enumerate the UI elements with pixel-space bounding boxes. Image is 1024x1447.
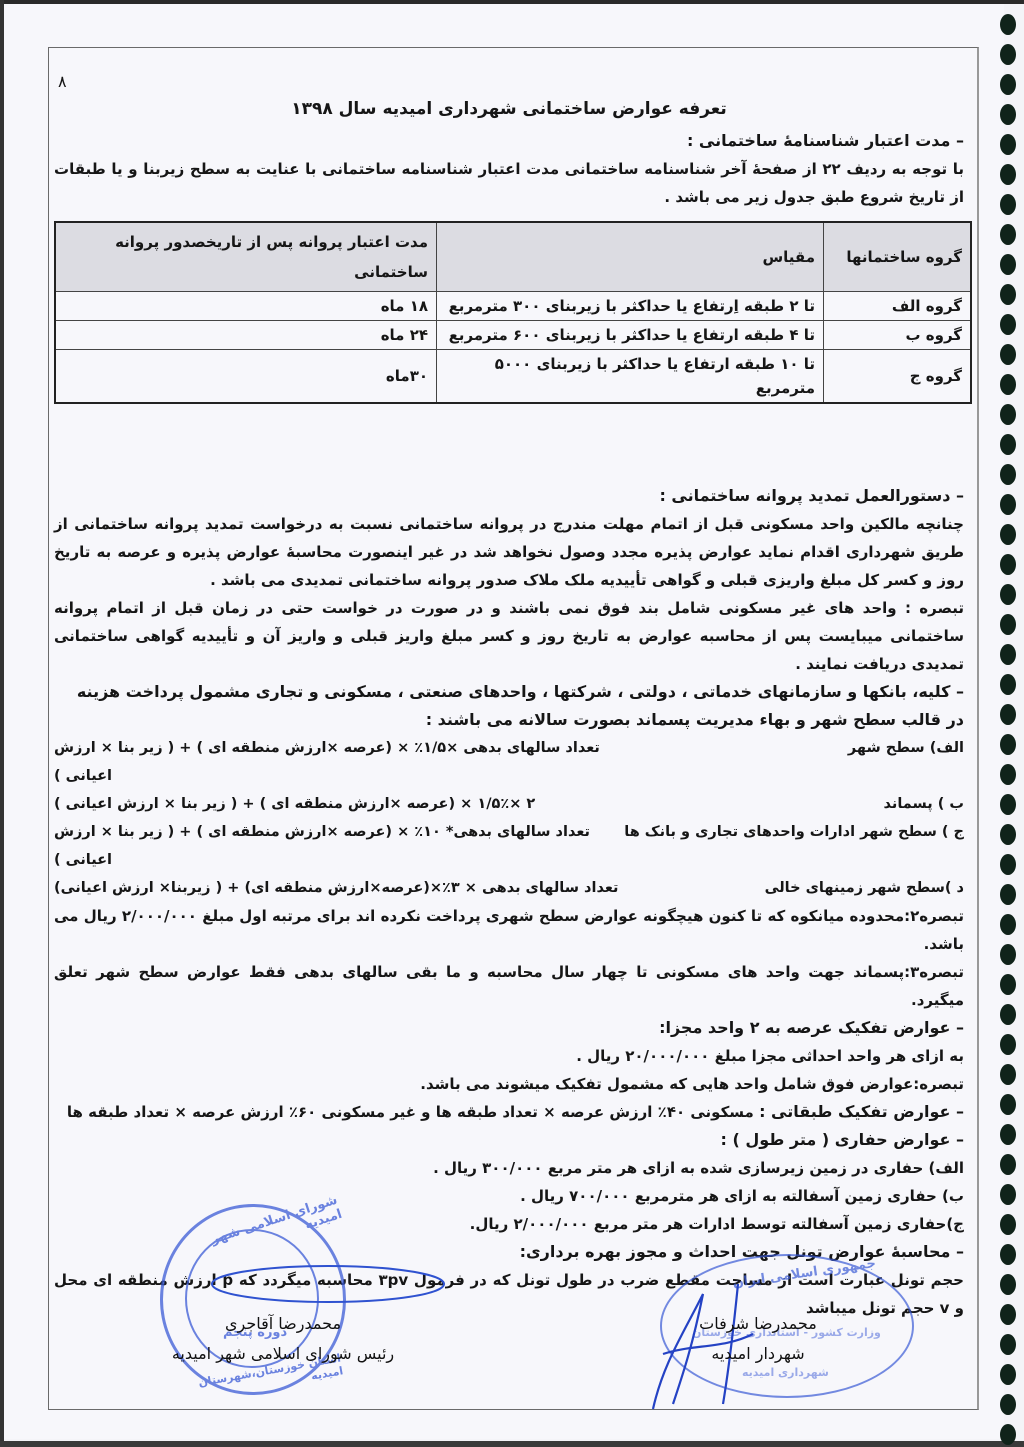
binding-hole-icon [1000, 974, 1016, 995]
section-heading-license-renewal: – دستورالعمل تمدید پروانه ساختمانی : [54, 482, 964, 510]
table-row: گروه ج تا ۱۰ طبقه ارتفاع یا حداکثر با زی… [55, 350, 971, 404]
binding-hole-icon [1000, 344, 1016, 365]
binding-hole-icon [1000, 164, 1016, 185]
paragraph-floor-split: مسکونی ۴۰٪ ارزش عرصه × تعداد طبقه ها و غ… [67, 1103, 759, 1121]
binding-hole-icon [1000, 434, 1016, 455]
document-page: ۸ تعرفه عوارض ساختمانی شهرداری امیدیه سا… [4, 4, 1004, 1439]
section-heading-floor-split: – عوارض تفکیک طبقاتی : [759, 1102, 964, 1121]
council-signer-role: رئیس شورای اسلامی شهر امیدیه [158, 1339, 408, 1369]
binding-hole-icon [1000, 824, 1016, 845]
binding-hole-icon [1000, 464, 1016, 485]
binding-hole-icon [1000, 524, 1016, 545]
binding-hole-icon [1000, 614, 1016, 635]
binding-hole-icon [1000, 314, 1016, 335]
section-heading-excavation: – عوارض حفاری ( متر طول ) : [54, 1126, 964, 1154]
section-floor-split: – عوارض تفکیک طبقاتی : مسکونی ۴۰٪ ارزش ع… [54, 1098, 964, 1126]
binding-hole-icon [1000, 1034, 1016, 1055]
binding-hole-icon [1000, 494, 1016, 515]
formula-row: ج ) سطح شهر ادارات واحدهای تجاری و بانک … [54, 818, 964, 874]
binding-hole-icon [1000, 1424, 1016, 1445]
binding-hole-icon [1000, 1124, 1016, 1145]
formula-label: ب ) پسماند [624, 790, 964, 818]
binding-hole-icon [1000, 644, 1016, 665]
validity-table: گروه ساختمانها مقیاس مدت اعتبار پروانه پ… [54, 221, 972, 404]
council-signer-name: محمدرضا آقاجری [158, 1309, 408, 1339]
paragraph-lot-split: به ازای هر واحد احداثی مجزا مبلغ ۲۰/۰۰۰/… [54, 1042, 964, 1070]
binding-hole-icon [1000, 1244, 1016, 1265]
formula-row: د )سطح شهر زمینهای خالی تعداد سالهای بده… [54, 874, 964, 902]
binding-hole-icon [1000, 1184, 1016, 1205]
binding-hole-icon [1000, 1154, 1016, 1175]
binding-hole-icon [1000, 1214, 1016, 1235]
paragraph-license-renewal: چنانچه مالکین واحد مسکونی قبل از اتمام م… [54, 510, 964, 594]
document-body: تعرفه عوارض ساختمانی شهرداری امیدیه سال … [54, 99, 964, 1322]
note-miankooh: تبصره۲:محدوده میانکوه که تا کنون هیچگونه… [54, 902, 964, 958]
council-signature-icon [208, 1254, 448, 1314]
binding-hole-icon [1000, 1064, 1016, 1085]
table-header-row: گروه ساختمانها مقیاس مدت اعتبار پروانه پ… [55, 222, 971, 292]
binding-hole-icon [1000, 914, 1016, 935]
binding-hole-icon [1000, 1304, 1016, 1325]
formula-expression: ۲ ×۱/۵٪ × (عرصه ×ارزش منطقه ای ) + ( زیر… [54, 790, 624, 818]
scan-edge-bottom [0, 1441, 1024, 1447]
binding-hole-icon [1000, 1394, 1016, 1415]
col-header-group: گروه ساختمانها [824, 222, 972, 292]
formula-expression: تعداد سالهای بدهی* ۱۰٪ × (عرصه ×ارزش منط… [54, 818, 624, 874]
section-heading-city-fees: – کلیه، بانکها و سازمانهای خدماتی ، دولت… [54, 678, 964, 734]
spacer [54, 404, 964, 482]
col-header-duration: مدت اعتبار پروانه پس از تاریخصدور پروانه… [55, 222, 437, 292]
mayor-signer-role: شهردار امیدیه [678, 1339, 838, 1369]
binding-hole-icon [1000, 374, 1016, 395]
binding-hole-icon [1000, 854, 1016, 875]
table-row: گروه ب تا ۴ طبقه ارتفاع یا حداکثر با زیر… [55, 321, 971, 350]
formula-expression: تعداد سالهای بدهی × ۳٪×(عرصه×ارزش منطقه … [54, 874, 624, 902]
cell-scale: تا ۴ طبقه ارتفاع یا حداکثر با زیربنای ۶۰… [437, 321, 824, 350]
excavation-item: الف) حفاری در زمین زیرسازی شده به ازای ه… [54, 1154, 964, 1182]
formula-row: ب ) پسماند ۲ ×۱/۵٪ × (عرصه ×ارزش منطقه ا… [54, 790, 964, 818]
council-signature-block: محمدرضا آقاجری رئیس شورای اسلامی شهر امی… [158, 1309, 408, 1369]
binding-hole-icon [1000, 674, 1016, 695]
note-waste: تبصره۳:پسماند جهت واحد های مسکونی تا چها… [54, 958, 964, 1014]
cell-duration: ۲۴ ماه [55, 321, 437, 350]
binding-hole-icon [1000, 284, 1016, 305]
col-header-scale: مقیاس [437, 222, 824, 292]
binding-hole-icon [1000, 1274, 1016, 1295]
paragraph-license-validity: با توجه به ردیف ۲۲ از صفحۀ آخر شناسنامه … [54, 155, 964, 211]
section-heading-lot-split: – عوارض تفکیک عرصه به ۲ واحد مجزا: [54, 1014, 964, 1042]
cell-scale: تا ۲ طبقه اِرتفاع یا حداکثر با زیربنای ۳… [437, 292, 824, 321]
binding-hole-icon [1000, 134, 1016, 155]
signatures-area: شورای اسلامی شهر امیدیه دوره پنجم استان … [48, 1199, 979, 1409]
binding-hole-icon [1000, 104, 1016, 125]
cell-scale: تا ۱۰ طبقه ارتفاع یا حداکثر با زیربنای ۵… [437, 350, 824, 404]
formula-expression: تعداد سالهای بدهی ×۱/۵٪ × (عرصه ×ارزش من… [54, 734, 624, 790]
cell-group: گروه ب [824, 321, 972, 350]
binding-hole-icon [1000, 734, 1016, 755]
formula-label: ج ) سطح شهر ادارات واحدهای تجاری و بانک … [624, 818, 964, 874]
binding-hole-icon [1000, 1094, 1016, 1115]
formula-label: الف) سطح شهر [624, 734, 964, 790]
document-title: تعرفه عوارض ساختمانی شهرداری امیدیه سال … [54, 99, 964, 119]
note-non-residential: تبصره : واحد های غیر مسکونی شامل بند فوق… [54, 594, 964, 678]
mayor-signer-name: محمدرضا شرفات [678, 1309, 838, 1339]
binding-hole-icon [1000, 884, 1016, 905]
formula-row: الف) سطح شهر تعداد سالهای بدهی ×۱/۵٪ × (… [54, 734, 964, 790]
binding-hole-icon [1000, 14, 1016, 35]
cell-duration: ۱۸ ماه [55, 292, 437, 321]
table-row: گروه الف تا ۲ طبقه اِرتفاع یا حداکثر با … [55, 292, 971, 321]
binding-hole-icon [1000, 554, 1016, 575]
binding-hole-icon [1000, 944, 1016, 965]
section-heading-license-validity: – مدت اعتبار شناسنامۀ ساختمانی : [54, 127, 964, 155]
note-lot-split: تبصره:عوارض فوق شامل واحد هایی که مشمول … [54, 1070, 964, 1098]
binding-hole-icon [1000, 584, 1016, 605]
mayor-signature-block: محمدرضا شرفات شهردار امیدیه [678, 1309, 838, 1369]
page-number: ۸ [58, 72, 67, 91]
binding-hole-icon [1000, 194, 1016, 215]
formula-label: د )سطح شهر زمینهای خالی [624, 874, 964, 902]
binding-hole-icon [1000, 1364, 1016, 1385]
cell-duration: ۳۰ماه [55, 350, 437, 404]
cell-group: گروه الف [824, 292, 972, 321]
binding-hole-icon [1000, 254, 1016, 275]
cell-group: گروه ج [824, 350, 972, 404]
binding-hole-icon [1000, 794, 1016, 815]
binding-hole-icon [1000, 44, 1016, 65]
binding-hole-icon [1000, 704, 1016, 725]
binding-hole-icon [1000, 224, 1016, 245]
binding-hole-icon [1000, 74, 1016, 95]
binding-hole-icon [1000, 764, 1016, 785]
binding-hole-icon [1000, 1334, 1016, 1355]
binding-hole-icon [1000, 1004, 1016, 1025]
binding-hole-icon [1000, 404, 1016, 425]
binding-holes [992, 4, 1022, 1444]
